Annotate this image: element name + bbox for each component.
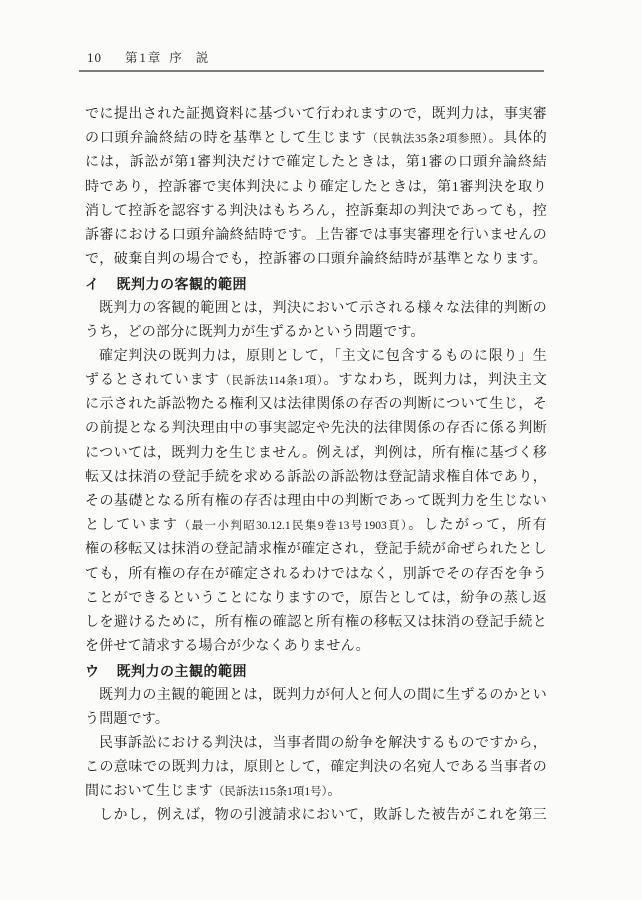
- body-text: うち，どの部分に既判力が生ずるかという問題です。: [85, 325, 425, 340]
- body-text: しを避けるために，所有権の確認と所有権の移転又は抹消の登記手続と: [85, 615, 547, 630]
- body-text: で，破棄自判の場合でも，控訴審の口頭弁論終結時が基準となります。: [85, 252, 547, 267]
- text-line: 転又は抹消の登記手続を求める訴訟の訴訟物は登記請求権自体であり，: [85, 466, 547, 490]
- text-line: う問題です。: [85, 708, 547, 732]
- body-text: でに提出された証拠資料に基づいて行われますので，既判力は，事実審: [85, 107, 547, 122]
- body-text: 間において生じます: [85, 784, 213, 799]
- text-line: の口頭弁論終結の時を基準として生じます（民執法35条2項参照）。具体的: [85, 127, 547, 151]
- heading-title: 既判力の主観的範囲: [117, 663, 248, 679]
- heading-label: イ: [85, 276, 100, 292]
- body-text: を併せて請求する場合が少なくありません。: [85, 639, 370, 654]
- heading-label: ウ: [85, 663, 100, 679]
- text-line: で，破棄自判の場合でも，控訴審の口頭弁論終結時が基準となります。: [85, 248, 547, 272]
- body-text: 。: [327, 784, 341, 799]
- text-line: その基礎となる所有権の存否は理由中の判断であって既判力を生じない: [85, 490, 547, 514]
- text-line: 民事訴訟における判決は，当事者間の紛争を解決するものですから，: [85, 732, 547, 756]
- text-line: に示された訴訟物たる権利又は法律関係の存否の判断について生じ，そ: [85, 393, 547, 417]
- body-text: 。すなわち，既判力は，判決主文: [324, 373, 547, 388]
- section-heading: ウ既判力の主観的範囲: [85, 659, 547, 683]
- body-text: 権の移転又は抹消の登記請求権が確定され，登記手続が命ぜられたとし: [85, 542, 547, 557]
- body-text: 。したがって，所有: [408, 518, 547, 533]
- text-line: 訴審における口頭弁論終結時です。上告審では事実審理を行いませんの: [85, 224, 547, 248]
- heading-title: 既判力の客観的範囲: [117, 276, 248, 292]
- body-text: については，既判力を生じません。例えば，判例は，所有権に基づく移: [85, 446, 547, 461]
- text-line: 権の移転又は抹消の登記請求権が確定され，登記手続が命ぜられたとし: [85, 538, 547, 562]
- body-text: の前提となる判決理由中の事実認定や先決的法律関係の存否に係る判断: [85, 421, 547, 436]
- text-line: ずるとされています（民訴法114条1項）。すなわち，既判力は，判決主文: [85, 369, 547, 393]
- body-text: 確定判決の既判力は，原則として，「主文に包含するものに限り」生: [99, 349, 547, 364]
- text-line: 既判力の客観的範囲とは，判決において示される様々な法律的判断の: [85, 297, 547, 321]
- citation-text: （民訴法114条1項）: [220, 375, 324, 387]
- text-line: でに提出された証拠資料に基づいて行われますので，既判力は，事実審: [85, 103, 547, 127]
- page-number: 10: [87, 50, 102, 66]
- body-text: 既判力の主観的範囲とは，既判力が何人と何人の間に生ずるのかとい: [99, 688, 547, 703]
- text-line: の前提となる判決理由中の事実認定や先決的法律関係の存否に係る判断: [85, 417, 547, 441]
- body-text: ずるとされています: [85, 373, 220, 388]
- text-line: ても，所有権の存在が確定されるわけではなく，別訴でその存否を争う: [85, 563, 547, 587]
- text-line: 時であり，控訴審で実体判決により確定したときは，第1審判決を取り: [85, 176, 547, 200]
- text-line: については，既判力を生じません。例えば，判例は，所有権に基づく移: [85, 442, 547, 466]
- text-line: うち，どの部分に既判力が生ずるかという問題です。: [85, 321, 547, 345]
- body-text: に示された訴訟物たる権利又は法律関係の存否の判断について生じ，そ: [85, 397, 547, 412]
- book-page: 10 第1章 序 説 でに提出された証拠資料に基づいて行われますので，既判力は，…: [0, 0, 642, 900]
- section-heading: イ既判力の客観的範囲: [85, 272, 547, 296]
- chapter-label: 第1章: [125, 50, 162, 66]
- citation-text: （民訴法115条1項1号）: [213, 786, 328, 798]
- text-line: には，訴訟が第1審判決だけで確定したときは，第1審の口頭弁論終結: [85, 151, 547, 175]
- body-text: ことができるということになりますので，原告としては，紛争の蒸し返: [85, 591, 547, 606]
- body-text: この意味での既判力は，原則として，確定判決の名宛人である当事者の: [85, 760, 547, 775]
- text-line: しを避けるために，所有権の確認と所有権の移転又は抹消の登記手続と: [85, 611, 547, 635]
- body-text: には，訴訟が第1審判決だけで確定したときは，第1審の口頭弁論終結: [85, 155, 547, 170]
- citation-text: （最一小判昭30.12.1民集9巻13号1903頁）: [179, 520, 409, 532]
- citation-text: （民執法35条2項参照）: [367, 133, 489, 145]
- text-line: ことができるということになりますので，原告としては，紛争の蒸し返: [85, 587, 547, 611]
- body-text: う問題です。: [85, 712, 169, 727]
- body-text: 転又は抹消の登記手続を求める訴訟の訴訟物は登記請求権自体であり，: [85, 470, 547, 485]
- header-rule: [79, 70, 544, 72]
- text-line: 確定判決の既判力は，原則として，「主文に包含するものに限り」生: [85, 345, 547, 369]
- body-text: 消して控訴を認容する判決はもちろん，控訴棄却の判決であっても，控: [85, 204, 547, 219]
- text-line: 消して控訴を認容する判決はもちろん，控訴棄却の判決であっても，控: [85, 200, 547, 224]
- text-line: としています（最一小判昭30.12.1民集9巻13号1903頁）。したがって，所…: [85, 514, 547, 538]
- section-label: 序: [169, 50, 182, 66]
- running-header: 10 第1章 序 説: [87, 50, 552, 66]
- body-text: の口頭弁論終結の時を基準として生じます: [85, 131, 367, 146]
- section-title-label: 説: [196, 50, 209, 66]
- body-text: 時であり，控訴審で実体判決により確定したときは，第1審判決を取り: [85, 180, 547, 195]
- text-line: しかし，例えば，物の引渡請求において，敗訴した被告がこれを第三: [85, 804, 547, 828]
- body-text: しかし，例えば，物の引渡請求において，敗訴した被告がこれを第三: [99, 808, 547, 823]
- body-text: 訴審における口頭弁論終結時です。上告審では事実審理を行いませんの: [85, 228, 547, 243]
- text-line: 間において生じます（民訴法115条1項1号）。: [85, 780, 547, 804]
- body-text-column: でに提出された証拠資料に基づいて行われますので，既判力は，事実審の口頭弁論終結の…: [85, 103, 547, 829]
- text-line: を併せて請求する場合が少なくありません。: [85, 635, 547, 659]
- body-text: 民事訴訟における判決は，当事者間の紛争を解決するものですから，: [99, 736, 547, 751]
- text-line: この意味での既判力は，原則として，確定判決の名宛人である当事者の: [85, 756, 547, 780]
- text-line: 既判力の主観的範囲とは，既判力が何人と何人の間に生ずるのかとい: [85, 684, 547, 708]
- body-text: 既判力の客観的範囲とは，判決において示される様々な法律的判断の: [99, 301, 547, 316]
- body-text: その基礎となる所有権の存否は理由中の判断であって既判力を生じない: [85, 494, 547, 509]
- body-text: としています: [85, 518, 179, 533]
- body-text: 。具体的: [488, 131, 547, 146]
- body-text: ても，所有権の存在が確定されるわけではなく，別訴でその存否を争う: [85, 567, 547, 582]
